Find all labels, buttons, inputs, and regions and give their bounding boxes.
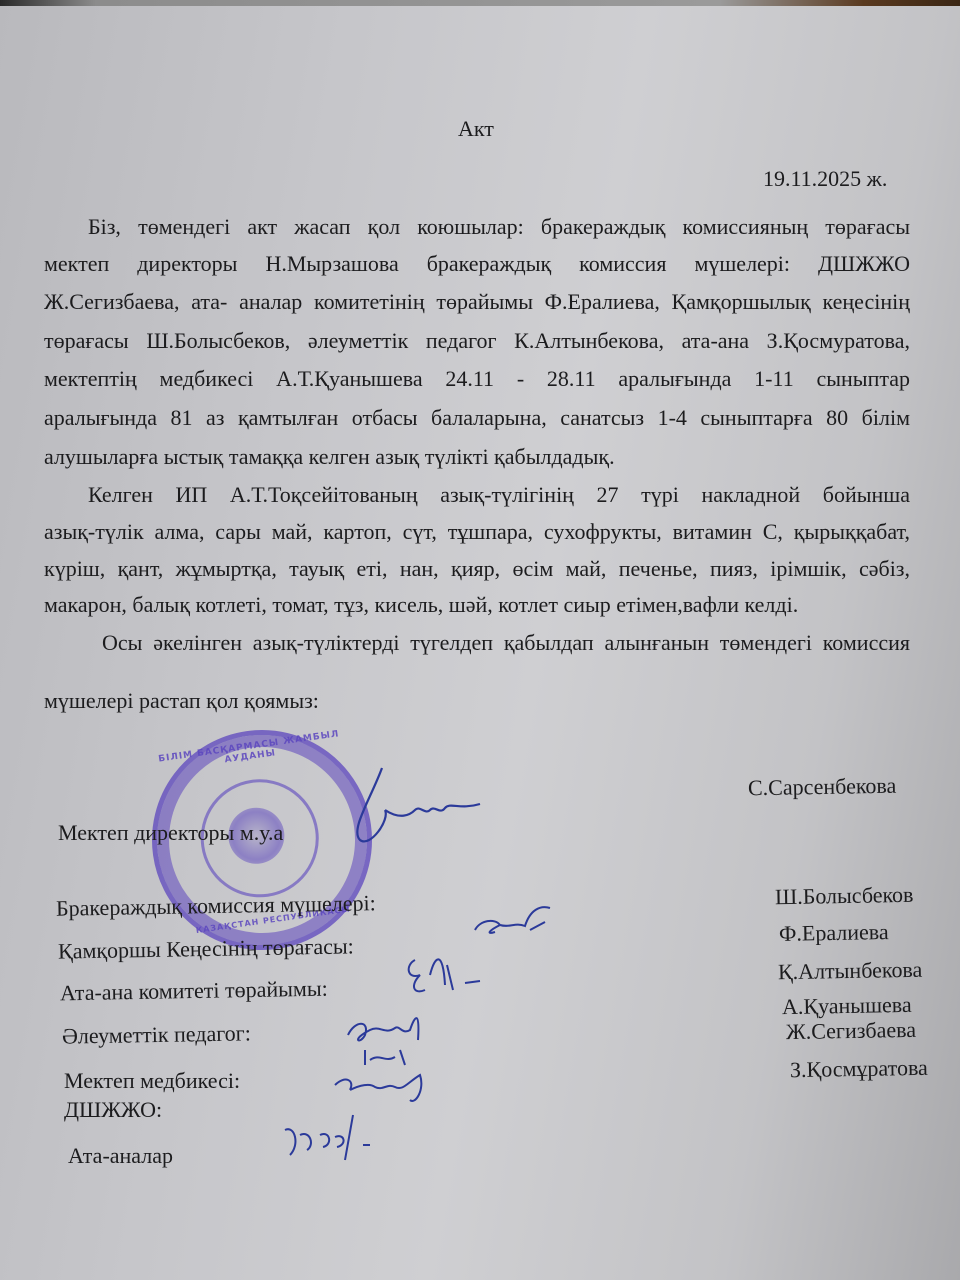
signature-icon — [470, 900, 560, 950]
paragraph-line: мектептің медбикесі А.Т.Қуанышева 24.11 … — [44, 368, 910, 390]
signature-icon — [275, 1105, 385, 1165]
paper-top-edge — [0, 0, 960, 6]
paragraph-line: макарон, балық котлеті, томат, тұз, кисе… — [44, 594, 910, 616]
paragraph-line: күріш, қант, жұмыртқа, тауық еті, нан, қ… — [44, 558, 910, 580]
paragraph-line: мектеп директоры Н.Мырзашова бракераждық… — [44, 253, 910, 275]
role-label: Әлеуметтік педагог: — [62, 1022, 251, 1047]
paragraph-line: төрағасы Ш.Болысбеков, әлеуметтік педаго… — [44, 330, 910, 352]
role-label: Қамқоршы Кеңесінің төрағасы: — [58, 935, 354, 962]
paragraph-line: азық-түлік алма, сары май, картоп, сүт, … — [44, 521, 910, 543]
role-name: Ф.Ералиева — [779, 921, 889, 945]
role-label: Ата-аналар — [68, 1145, 173, 1167]
role-name: Ж.Сегизбаева — [786, 1019, 916, 1043]
director-label: Мектеп директоры м.у.а — [58, 822, 283, 844]
paragraph-line: Келген ИП А.Т.Тоқсейітованың азық-түлігі… — [88, 484, 910, 506]
stamp-top-text: БІЛІМ БАСҚАРМАСЫ ЖАМБЫЛ АУДАНЫ — [144, 727, 355, 776]
role-label: Бракераждық комиссия мүшелері: — [56, 892, 376, 920]
role-label: Ата-ана комитеті төрайымы: — [60, 978, 328, 1005]
role-name: Қ.Алтынбекова — [778, 959, 923, 984]
signature-icon — [340, 1000, 430, 1050]
paragraph-line: Біз, төмендегі акт жасап қол коюшылар: б… — [88, 216, 910, 238]
role-label: ДШЖЖО: — [64, 1099, 162, 1121]
paragraph-line: алушыларға ыстық тамаққа келген азық түл… — [44, 446, 910, 468]
role-name: З.Қосмұратова — [790, 1057, 928, 1081]
paragraph-line: аралығында 81 аз қамтылған отбасы балала… — [44, 407, 910, 429]
paragraph-line: Осы әкелінген азық-түліктерді түгелдеп қ… — [102, 632, 910, 654]
document-date: 19.11.2025 ж. — [763, 168, 887, 190]
paragraph-line: Ж.Сегизбаева, ата- аналар комитетінің тө… — [44, 291, 910, 313]
paragraph-line: мүшелері растап қол қоямыз: — [44, 690, 910, 712]
director-signature-icon — [330, 760, 490, 860]
role-name: Ш.Болысбеков — [775, 884, 914, 908]
role-label: Мектеп медбикесі: — [64, 1070, 240, 1092]
document-title: Акт — [458, 118, 494, 140]
director-name: С.Сарсенбекова — [748, 775, 897, 800]
role-name: А.Қуанышева — [782, 994, 912, 1018]
signature-icon — [395, 945, 495, 1005]
